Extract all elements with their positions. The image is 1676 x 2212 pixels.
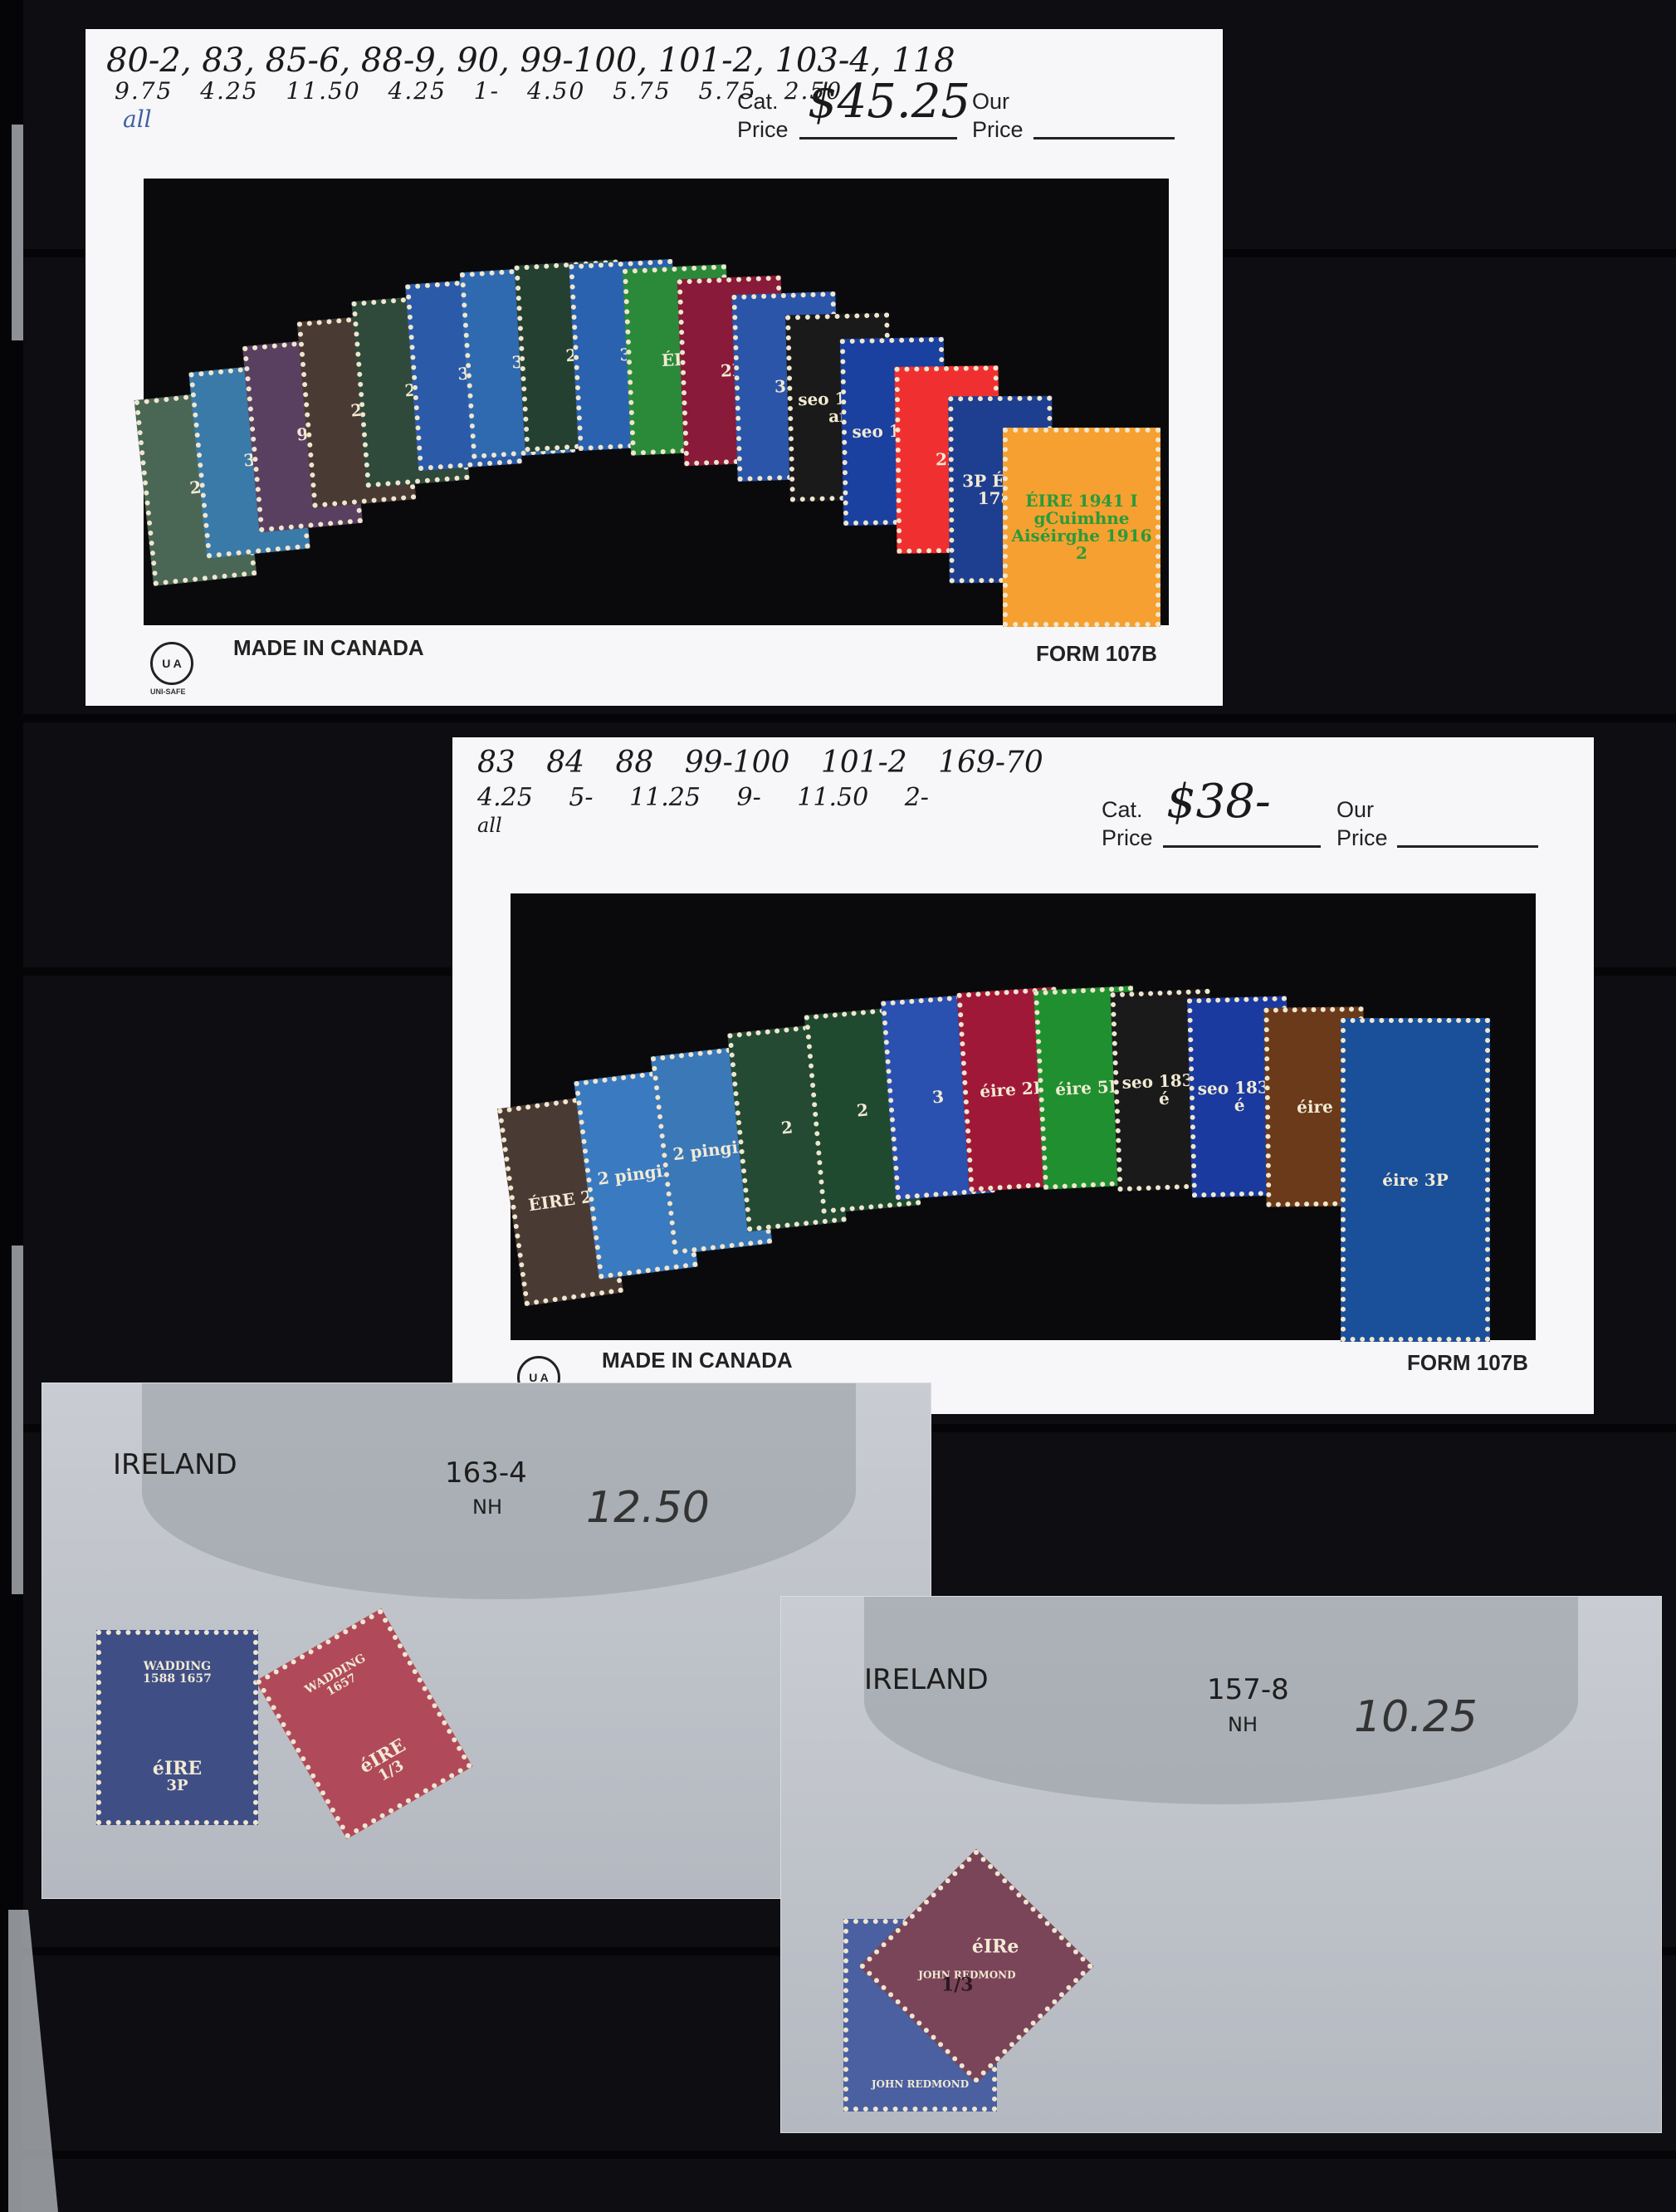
uni-safe-logo: U A [150,642,193,685]
country-label: IRELAND [864,1663,989,1696]
stamp-wadding-3p: WADDING 1588 1657 éIRE 3P [96,1630,258,1825]
stamp-wadding-1-3: WADDING 1657 éIRE 1/3 [256,1608,473,1839]
handwritten-values: 9.75 4.25 11.50 4.25 1- 4.50 5.75 5.75 2… [115,77,843,105]
our-price-label: Price [1336,825,1388,851]
form-number: FORM 107B [1407,1350,1528,1376]
cat-price: $38- [1166,775,1271,829]
price: 10.25 [1354,1692,1478,1742]
stamp-window: 239223323ÉIR2P3Pseo 1838 anseo 18382P3P … [144,179,1169,625]
made-in-canada: MADE IN CANADA [602,1348,793,1373]
stamp-window: ÉIRE 22 pingin2 pingin223éire 2Péire 5Ps… [511,893,1536,1340]
handwritten-note: all [123,105,152,133]
torn-paper-edge [12,125,23,340]
uni-safe-label: UNI-SAFE [150,688,186,696]
handwritten-note: all [477,814,502,837]
our-price-line [1397,845,1538,848]
our-price-line [1033,137,1175,139]
price: 12.50 [586,1483,710,1533]
catalog-numbers: 163-4 [445,1456,527,1490]
cat-label: Cat. [737,89,779,115]
condition: NH [1228,1713,1258,1736]
stock-strip [0,714,1676,722]
price-label: Price [1102,825,1153,851]
cat-price: $45.25 [808,75,970,129]
stock-card-1[interactable]: 80-2, 83, 85-6, 88-9, 90, 99-100, 101-2,… [86,29,1223,706]
envelope-flap [142,1383,856,1599]
cat-price-line [1163,845,1321,848]
price-label: Price [737,117,789,143]
torn-paper-edge [12,1245,23,1594]
handwritten-values: 4.25 5- 11.25 9- 11.50 2- [477,783,929,812]
glassine-envelope-2[interactable]: IRELAND 157-8 NH 10.25 JOHN REDMOND éIRe… [780,1596,1662,2133]
catalog-numbers: 157-8 [1207,1673,1289,1706]
condition: NH [472,1495,502,1519]
form-number: FORM 107B [1036,641,1157,667]
country-label: IRELAND [113,1448,237,1481]
stock-strip [0,2151,1676,2159]
our-label: Our [1336,797,1374,823]
cat-label: Cat. [1102,797,1143,823]
made-in-canada: MADE IN CANADA [233,635,424,661]
stock-card-2[interactable]: 83 84 88 99-100 101-2 169-70 4.25 5- 11.… [452,737,1594,1414]
stamp: éire 3P [1341,1018,1490,1342]
cat-price-line [799,137,957,139]
our-price-label: Price [972,117,1024,143]
our-label: Our [972,89,1009,115]
handwritten-catalog-numbers: 83 84 88 99-100 101-2 169-70 [477,746,1043,780]
stamp: ÉIRE 1941 I gCuimhne Aiséirghe 1916 2 [1003,428,1160,627]
